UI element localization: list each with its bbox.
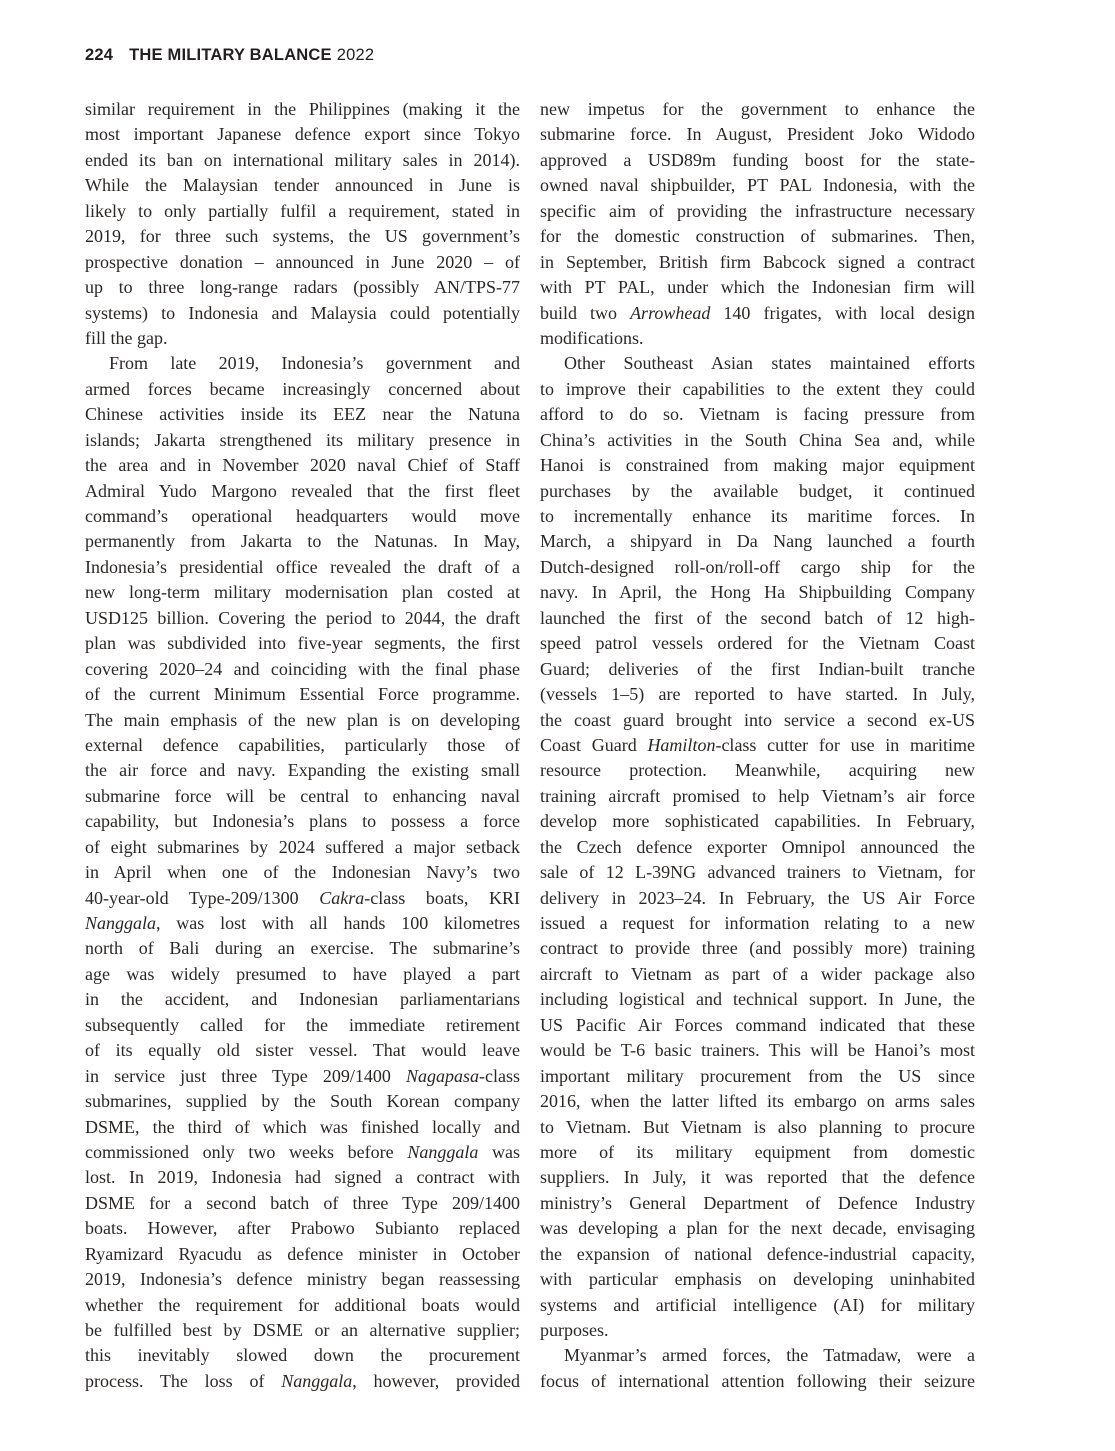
text-run: likely to only partially fulfil a requir… xyxy=(85,201,520,221)
text-run: The main emphasis of the new plan is on … xyxy=(85,710,520,730)
text-run: resource protection. Meanwhile, acquirin… xyxy=(540,760,975,780)
text-line: Other Southeast Asian states maintained … xyxy=(540,351,975,376)
text-run: submarine force will be central to enhan… xyxy=(85,786,520,806)
text-run: age was widely presumed to have played a… xyxy=(85,964,520,984)
text-run: boats. However, after Prabowo Subianto r… xyxy=(85,1218,520,1238)
text-line: resource protection. Meanwhile, acquirin… xyxy=(540,758,975,783)
text-line: systems and artificial intelligence (AI)… xyxy=(540,1293,975,1318)
paragraph: Myanmar’s armed forces, the Tatmadaw, we… xyxy=(540,1343,975,1394)
text-run: Indonesia’s presidential office revealed… xyxy=(85,557,520,577)
text-run: sale of 12 L-39NG advanced trainers to V… xyxy=(540,862,975,882)
text-run: build two xyxy=(540,303,630,323)
text-line: purposes. xyxy=(540,1318,975,1343)
text-line: develop more sophisticated capabilities.… xyxy=(540,809,975,834)
text-line: ended its ban on international military … xyxy=(85,148,520,173)
text-line: to incrementally enhance its maritime fo… xyxy=(540,504,975,529)
text-line: suppliers. In July, it was reported that… xyxy=(540,1165,975,1190)
text-run: approved a USD89m funding boost for the … xyxy=(540,150,975,170)
text-line: Coast Guard Hamilton-class cutter for us… xyxy=(540,733,975,758)
text-run: , was lost with all hands 100 kilometres xyxy=(156,913,520,933)
text-column-right: new impetus for the government to enhanc… xyxy=(540,97,975,1394)
text-run: speed patrol vessels ordered for the Vie… xyxy=(540,633,975,653)
text-line: Hanoi is constrained from making major e… xyxy=(540,453,975,478)
text-line: lost. In 2019, Indonesia had signed a co… xyxy=(85,1165,520,1190)
text-run: submarine force. In August, President Jo… xyxy=(540,124,975,144)
text-run: command’s operational headquarters would… xyxy=(85,506,520,526)
text-line: fill the gap. xyxy=(85,326,520,351)
text-line: islands; Jakarta strengthened its milita… xyxy=(85,428,520,453)
text-run: launched the first of the second batch o… xyxy=(540,608,975,628)
text-line: to Vietnam. But Vietnam is also planning… xyxy=(540,1115,975,1140)
text-run: armed forces became increasingly concern… xyxy=(85,379,520,399)
text-run: commissioned only two weeks before xyxy=(85,1142,407,1162)
text-run: up to three long-range radars (possibly … xyxy=(85,277,520,297)
text-line: March, a shipyard in Da Nang launched a … xyxy=(540,529,975,554)
text-line: likely to only partially fulfil a requir… xyxy=(85,199,520,224)
text-line: prospective donation – announced in June… xyxy=(85,250,520,275)
text-run: contract to provide three (and possibly … xyxy=(540,938,975,958)
text-line: Dutch-designed roll-on/roll-off cargo sh… xyxy=(540,555,975,580)
text-line: of the current Minimum Essential Force p… xyxy=(85,682,520,707)
text-line: 2019, Indonesia’s defence ministry began… xyxy=(85,1267,520,1292)
text-run: in September, British firm Babcock signe… xyxy=(540,252,975,272)
text-line: Chinese activities inside its EEZ near t… xyxy=(85,402,520,427)
text-run: DSME, the third of which was finished lo… xyxy=(85,1117,520,1137)
text-run: ended its ban on international military … xyxy=(85,150,520,170)
text-line: similar requirement in the Philippines (… xyxy=(85,97,520,122)
text-line: Admiral Yudo Margono revealed that the f… xyxy=(85,479,520,504)
text-line: While the Malaysian tender announced in … xyxy=(85,173,520,198)
book-title: THE MILITARY BALANCE xyxy=(129,46,332,64)
text-run: US Pacific Air Forces command indicated … xyxy=(540,1015,975,1035)
text-run: of its equally old sister vessel. That w… xyxy=(85,1040,520,1060)
text-line: capability, but Indonesia’s plans to pos… xyxy=(85,809,520,834)
text-run: From late 2019, Indonesia’s government a… xyxy=(109,353,520,373)
text-run: plan was subdivided into five-year segme… xyxy=(85,633,520,653)
text-line: subsequently called for the immediate re… xyxy=(85,1013,520,1038)
text-run: permanently from Jakarta to the Natunas.… xyxy=(85,531,520,551)
text-line: From late 2019, Indonesia’s government a… xyxy=(85,351,520,376)
text-run: to incrementally enhance its maritime fo… xyxy=(540,506,975,526)
text-line: afford to do so. Vietnam is facing press… xyxy=(540,402,975,427)
text-line: training aircraft promised to help Vietn… xyxy=(540,784,975,809)
text-line: command’s operational headquarters would… xyxy=(85,504,520,529)
text-line: 2019, for three such systems, the US gov… xyxy=(85,224,520,249)
text-run: lost. In 2019, Indonesia had signed a co… xyxy=(85,1167,520,1187)
text-line: Nanggala, was lost with all hands 100 ki… xyxy=(85,911,520,936)
text-line: in the accident, and Indonesian parliame… xyxy=(85,987,520,1012)
text-run: the air force and navy. Expanding the ex… xyxy=(85,760,520,780)
text-run: the expansion of national defence-indust… xyxy=(540,1244,975,1264)
text-run: -class boats, KRI xyxy=(364,888,520,908)
text-line: new impetus for the government to enhanc… xyxy=(540,97,975,122)
paragraph: new impetus for the government to enhanc… xyxy=(540,97,975,351)
text-line: build two Arrowhead 140 frigates, with l… xyxy=(540,301,975,326)
text-line: process. The loss of Nanggala, however, … xyxy=(85,1369,520,1394)
text-line: the Czech defence exporter Omnipol annou… xyxy=(540,835,975,860)
text-run: 2019, Indonesia’s defence ministry began… xyxy=(85,1269,520,1289)
text-run: was xyxy=(478,1142,520,1162)
text-line: for the domestic construction of submari… xyxy=(540,224,975,249)
text-line: the air force and navy. Expanding the ex… xyxy=(85,758,520,783)
text-line: plan was subdivided into five-year segme… xyxy=(85,631,520,656)
two-column-text-body: similar requirement in the Philippines (… xyxy=(85,97,975,1394)
text-run: purposes. xyxy=(540,1320,609,1340)
text-run: whether the requirement for additional b… xyxy=(85,1295,520,1315)
text-run: 40-year-old Type-209/1300 xyxy=(85,888,319,908)
text-line: specific aim of providing the infrastruc… xyxy=(540,199,975,224)
text-run: systems and artificial intelligence (AI)… xyxy=(540,1295,975,1315)
text-line: approved a USD89m funding boost for the … xyxy=(540,148,975,173)
text-run: for the domestic construction of submari… xyxy=(540,226,975,246)
text-run: Chinese activities inside its EEZ near t… xyxy=(85,404,520,424)
text-line: China’s activities in the South China Se… xyxy=(540,428,975,453)
text-run: delivery in 2023–24. In February, the US… xyxy=(540,888,975,908)
text-run: important military procurement from the … xyxy=(540,1066,975,1086)
italic-text-run: Nanggala xyxy=(281,1371,352,1391)
text-run: -class cutter for use in maritime xyxy=(715,735,975,755)
text-run: USD125 billion. Covering the period to 2… xyxy=(85,608,520,628)
text-run: Myanmar’s armed forces, the Tatmadaw, we… xyxy=(564,1345,975,1365)
text-line: the area and in November 2020 naval Chie… xyxy=(85,453,520,478)
text-line: Guard; deliveries of the first Indian-bu… xyxy=(540,657,975,682)
text-run: in the accident, and Indonesian parliame… xyxy=(85,989,520,1009)
text-run: new long-term military modernisation pla… xyxy=(85,582,520,602)
text-run: capability, but Indonesia’s plans to pos… xyxy=(85,811,520,831)
text-run: most important Japanese defence export s… xyxy=(85,124,520,144)
text-line: boats. However, after Prabowo Subianto r… xyxy=(85,1216,520,1241)
text-line: north of Bali during an exercise. The su… xyxy=(85,936,520,961)
text-line: external defence capabilities, particula… xyxy=(85,733,520,758)
text-run: navy. In April, the Hong Ha Shipbuilding… xyxy=(540,582,975,602)
text-run: modifications. xyxy=(540,328,643,348)
text-run: would be T-6 basic trainers. This will b… xyxy=(540,1040,975,1060)
text-line: to improve their capabilities to the ext… xyxy=(540,377,975,402)
text-run: Other Southeast Asian states maintained … xyxy=(564,353,975,373)
text-run: DSME for a second batch of three Type 20… xyxy=(85,1193,520,1213)
italic-text-run: Nagapasa xyxy=(406,1066,479,1086)
text-line: submarine force will be central to enhan… xyxy=(85,784,520,809)
text-line: purchases by the available budget, it co… xyxy=(540,479,975,504)
text-run: , however, provided xyxy=(352,1371,520,1391)
text-run: more of its military equipment from dome… xyxy=(540,1142,975,1162)
text-line: be fulfilled best by DSME or an alternat… xyxy=(85,1318,520,1343)
text-line: modifications. xyxy=(540,326,975,351)
text-run: the Czech defence exporter Omnipol annou… xyxy=(540,837,975,857)
text-run: north of Bali during an exercise. The su… xyxy=(85,938,520,958)
text-run: this inevitably slowed down the procurem… xyxy=(85,1345,520,1365)
text-run: develop more sophisticated capabilities.… xyxy=(540,811,975,831)
text-line: Indonesia’s presidential office revealed… xyxy=(85,555,520,580)
text-run: systems) to Indonesia and Malaysia could… xyxy=(85,303,520,323)
text-run: aircraft to Vietnam as part of a wider p… xyxy=(540,964,975,984)
text-line: this inevitably slowed down the procurem… xyxy=(85,1343,520,1368)
text-line: submarines, supplied by the South Korean… xyxy=(85,1089,520,1114)
text-line: in September, British firm Babcock signe… xyxy=(540,250,975,275)
text-run: islands; Jakarta strengthened its milita… xyxy=(85,430,520,450)
text-run: external defence capabilities, particula… xyxy=(85,735,520,755)
text-line: contract to provide three (and possibly … xyxy=(540,936,975,961)
text-run: China’s activities in the South China Se… xyxy=(540,430,975,450)
text-run: the area and in November 2020 naval Chie… xyxy=(85,455,520,475)
text-run: in service just three Type 209/1400 xyxy=(85,1066,406,1086)
text-run: with particular emphasis on developing u… xyxy=(540,1269,975,1289)
text-line: Myanmar’s armed forces, the Tatmadaw, we… xyxy=(540,1343,975,1368)
text-run: fill the gap. xyxy=(85,328,167,348)
italic-text-run: Cakra xyxy=(319,888,364,908)
text-run: was developing a plan for the next decad… xyxy=(540,1218,975,1238)
paragraph: similar requirement in the Philippines (… xyxy=(85,97,520,351)
text-line: systems) to Indonesia and Malaysia could… xyxy=(85,301,520,326)
text-line: 40-year-old Type-209/1300 Cakra-class bo… xyxy=(85,886,520,911)
page-header: 224THE MILITARY BALANCE2022 xyxy=(85,46,374,65)
text-run: to Vietnam. But Vietnam is also planning… xyxy=(540,1117,975,1137)
text-run: covering 2020–24 and coinciding with the… xyxy=(85,659,520,679)
text-line: sale of 12 L-39NG advanced trainers to V… xyxy=(540,860,975,885)
text-run: new impetus for the government to enhanc… xyxy=(540,99,975,119)
text-run: ministry’s General Department of Defence… xyxy=(540,1193,975,1213)
text-run: including logistical and technical suppo… xyxy=(540,989,975,1009)
text-line: covering 2020–24 and coinciding with the… xyxy=(85,657,520,682)
text-line: with PT PAL, under which the Indonesian … xyxy=(540,275,975,300)
text-run: to improve their capabilities to the ext… xyxy=(540,379,975,399)
paragraph: From late 2019, Indonesia’s government a… xyxy=(85,351,520,1394)
text-run: in April when one of the Indonesian Navy… xyxy=(85,862,520,882)
text-run: purchases by the available budget, it co… xyxy=(540,481,975,501)
text-line: (vessels 1–5) are reported to have start… xyxy=(540,682,975,707)
text-line: aircraft to Vietnam as part of a wider p… xyxy=(540,962,975,987)
text-line: launched the first of the second batch o… xyxy=(540,606,975,631)
italic-text-run: Nanggala xyxy=(85,913,156,933)
text-run: with PT PAL, under which the Indonesian … xyxy=(540,277,975,297)
text-line: US Pacific Air Forces command indicated … xyxy=(540,1013,975,1038)
text-run: specific aim of providing the infrastruc… xyxy=(540,201,975,221)
text-line: was developing a plan for the next decad… xyxy=(540,1216,975,1241)
text-run: Hanoi is constrained from making major e… xyxy=(540,455,975,475)
text-run: similar requirement in the Philippines (… xyxy=(85,99,520,119)
text-run: of eight submarines by 2024 suffered a m… xyxy=(85,837,520,857)
text-run: focus of international attention followi… xyxy=(540,1371,975,1391)
text-run: prospective donation – announced in June… xyxy=(85,252,520,272)
text-line: navy. In April, the Hong Ha Shipbuilding… xyxy=(540,580,975,605)
text-line: up to three long-range radars (possibly … xyxy=(85,275,520,300)
text-run: Admiral Yudo Margono revealed that the f… xyxy=(85,481,520,501)
text-line: important military procurement from the … xyxy=(540,1064,975,1089)
text-run: subsequently called for the immediate re… xyxy=(85,1015,520,1035)
text-line: Ryamizard Ryacudu as defence minister in… xyxy=(85,1242,520,1267)
book-year: 2022 xyxy=(337,46,375,64)
text-line: permanently from Jakarta to the Natunas.… xyxy=(85,529,520,554)
text-line: whether the requirement for additional b… xyxy=(85,1293,520,1318)
text-line: in service just three Type 209/1400 Naga… xyxy=(85,1064,520,1089)
text-line: armed forces became increasingly concern… xyxy=(85,377,520,402)
italic-text-run: Arrowhead xyxy=(630,303,710,323)
text-line: age was widely presumed to have played a… xyxy=(85,962,520,987)
text-run: Dutch-designed roll-on/roll-off cargo sh… xyxy=(540,557,975,577)
text-run: training aircraft promised to help Vietn… xyxy=(540,786,975,806)
text-run: owned naval shipbuilder, PT PAL Indonesi… xyxy=(540,175,975,195)
text-line: focus of international attention followi… xyxy=(540,1369,975,1394)
text-run: March, a shipyard in Da Nang launched a … xyxy=(540,531,975,551)
text-run: (vessels 1–5) are reported to have start… xyxy=(540,684,975,704)
text-line: the coast guard brought into service a s… xyxy=(540,708,975,733)
text-line: including logistical and technical suppo… xyxy=(540,987,975,1012)
text-line: submarine force. In August, President Jo… xyxy=(540,122,975,147)
text-run: suppliers. In July, it was reported that… xyxy=(540,1167,975,1187)
italic-text-run: Nanggala xyxy=(407,1142,478,1162)
text-run: While the Malaysian tender announced in … xyxy=(85,175,520,195)
text-run: issued a request for information relatin… xyxy=(540,913,975,933)
text-line: owned naval shipbuilder, PT PAL Indonesi… xyxy=(540,173,975,198)
text-run: afford to do so. Vietnam is facing press… xyxy=(540,404,975,424)
text-run: submarines, supplied by the South Korean… xyxy=(85,1091,520,1111)
page-number: 224 xyxy=(85,46,113,64)
text-run: -class xyxy=(479,1066,520,1086)
text-line: would be T-6 basic trainers. This will b… xyxy=(540,1038,975,1063)
text-line: the expansion of national defence-indust… xyxy=(540,1242,975,1267)
text-run: 2016, when the latter lifted its embargo… xyxy=(540,1091,975,1111)
text-line: of its equally old sister vessel. That w… xyxy=(85,1038,520,1063)
text-line: speed patrol vessels ordered for the Vie… xyxy=(540,631,975,656)
text-line: 2016, when the latter lifted its embargo… xyxy=(540,1089,975,1114)
text-line: ministry’s General Department of Defence… xyxy=(540,1191,975,1216)
text-run: of the current Minimum Essential Force p… xyxy=(85,684,520,704)
text-run: Ryamizard Ryacudu as defence minister in… xyxy=(85,1244,520,1264)
text-line: most important Japanese defence export s… xyxy=(85,122,520,147)
italic-text-run: Hamilton xyxy=(647,735,715,755)
text-run: 2019, for three such systems, the US gov… xyxy=(85,226,520,246)
text-line: in April when one of the Indonesian Navy… xyxy=(85,860,520,885)
text-line: DSME, the third of which was finished lo… xyxy=(85,1115,520,1140)
text-line: issued a request for information relatin… xyxy=(540,911,975,936)
text-run: process. The loss of xyxy=(85,1371,281,1391)
text-line: with particular emphasis on developing u… xyxy=(540,1267,975,1292)
text-run: be fulfilled best by DSME or an alternat… xyxy=(85,1320,520,1340)
text-line: of eight submarines by 2024 suffered a m… xyxy=(85,835,520,860)
text-line: new long-term military modernisation pla… xyxy=(85,580,520,605)
text-run: 140 frigates, with local design xyxy=(710,303,975,323)
text-line: DSME for a second batch of three Type 20… xyxy=(85,1191,520,1216)
text-run: Coast Guard xyxy=(540,735,647,755)
text-line: USD125 billion. Covering the period to 2… xyxy=(85,606,520,631)
text-run: Guard; deliveries of the first Indian-bu… xyxy=(540,659,975,679)
text-line: delivery in 2023–24. In February, the US… xyxy=(540,886,975,911)
text-column-left: similar requirement in the Philippines (… xyxy=(85,97,520,1394)
text-line: The main emphasis of the new plan is on … xyxy=(85,708,520,733)
paragraph: Other Southeast Asian states maintained … xyxy=(540,351,975,1343)
text-run: the coast guard brought into service a s… xyxy=(540,710,975,730)
text-line: commissioned only two weeks before Nangg… xyxy=(85,1140,520,1165)
text-line: more of its military equipment from dome… xyxy=(540,1140,975,1165)
